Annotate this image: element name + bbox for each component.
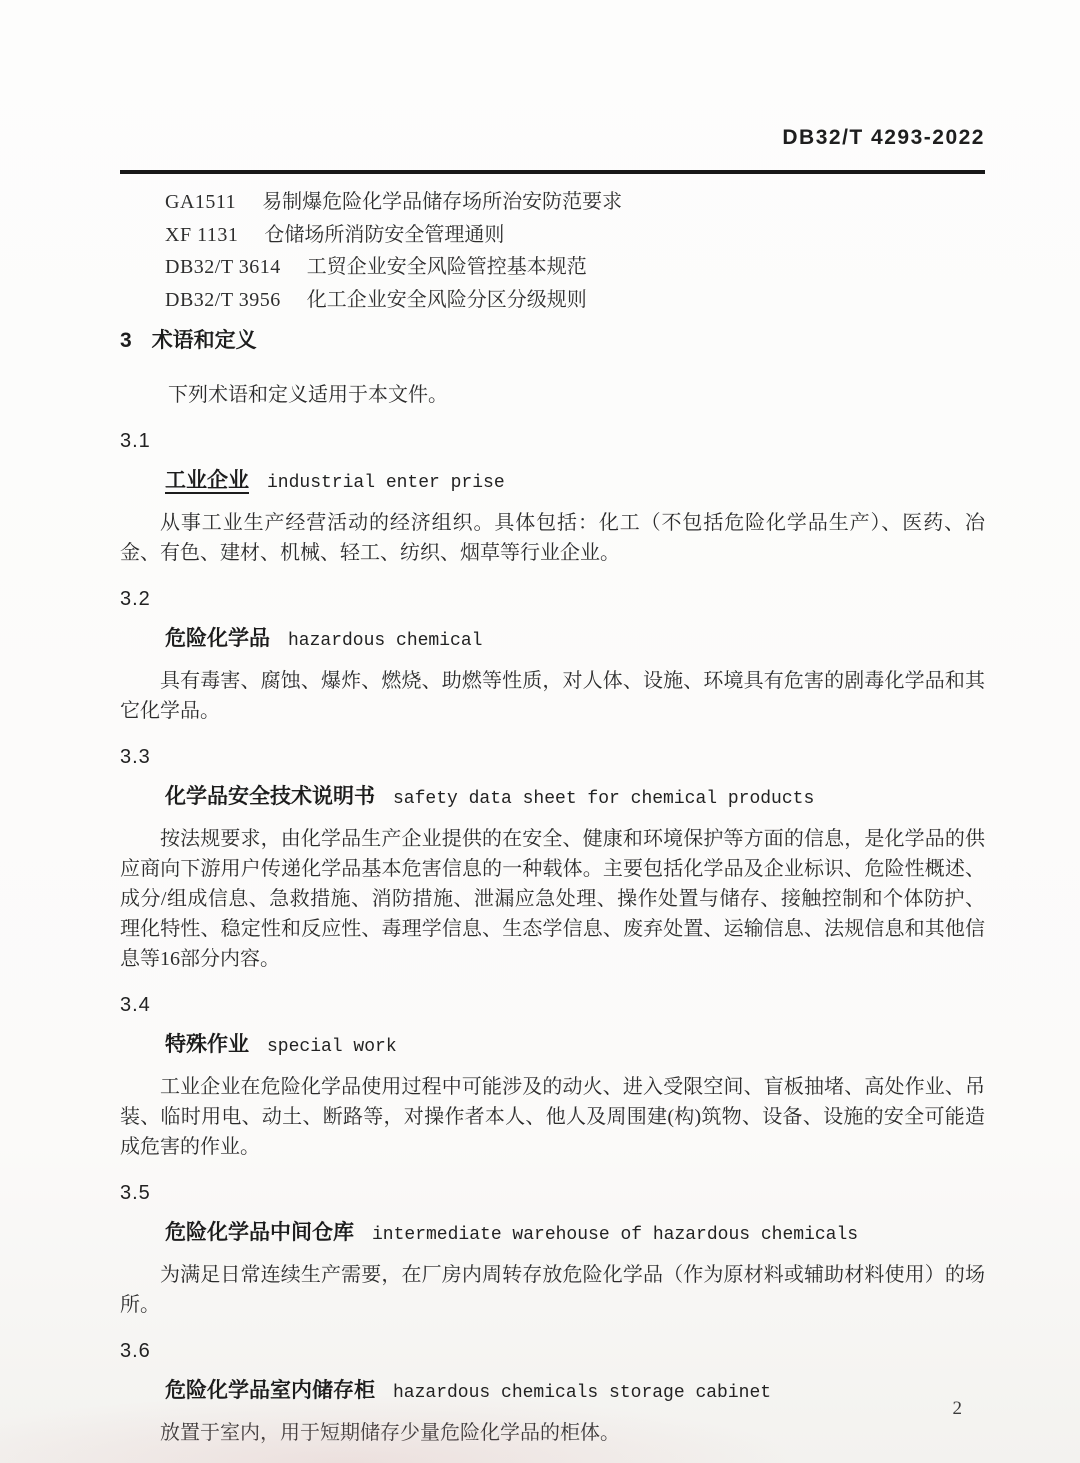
term-name-en: industrial enter prise xyxy=(267,473,505,493)
term-definition: 具有毒害、腐蚀、爆炸、燃烧、助燃等性质，对人体、设施、环境具有危害的剧毒化学品和… xyxy=(120,666,985,726)
section-heading: 3术语和定义 xyxy=(120,328,985,354)
term-number: 3.1 xyxy=(120,426,985,456)
term-title-line: 特殊作业special work xyxy=(120,1030,985,1062)
reference-title: 易制爆危险化学品储存场所治安防范要求 xyxy=(262,191,622,213)
reference-title: 工贸企业安全风险管控基本规范 xyxy=(307,256,587,278)
term-block: 3.3 化学品安全技术说明书safety data sheet for chem… xyxy=(120,742,985,974)
page-content: DB32/T 4293-2022 GA1511易制爆危险化学品储存场所治安防范要… xyxy=(0,126,1080,1448)
standard-code-header: DB32/T 4293-2022 xyxy=(120,126,985,150)
term-name-zh: 危险化学品室内储存柜 xyxy=(165,1379,375,1402)
term-block: 3.4 特殊作业special work 工业企业在危险化学品使用过程中可能涉及… xyxy=(120,990,985,1162)
term-block: 3.1 工业企业industrial enter prise 从事工业生产经营活… xyxy=(120,426,985,568)
term-number: 3.3 xyxy=(120,742,985,772)
reference-item: DB32/T 3956化工企业安全风险分区分级规则 xyxy=(165,284,985,317)
term-name-en: safety data sheet for chemical products xyxy=(393,789,814,809)
term-name-en: hazardous chemicals storage cabinet xyxy=(393,1383,771,1403)
reference-item: XF 1131仓储场所消防安全管理通则 xyxy=(165,219,985,252)
term-name-zh: 化学品安全技术说明书 xyxy=(165,785,375,808)
term-block: 3.5 危险化学品中间仓库intermediate warehouse of h… xyxy=(120,1178,985,1320)
term-definition: 为满足日常连续生产需要，在厂房内周转存放危险化学品（作为原材料或辅助材料使用）的… xyxy=(120,1260,985,1320)
term-block: 3.6 危险化学品室内储存柜hazardous chemicals storag… xyxy=(120,1336,985,1448)
reference-item: GA1511易制爆危险化学品储存场所治安防范要求 xyxy=(165,186,985,219)
term-title-line: 危险化学品hazardous chemical xyxy=(120,624,985,656)
term-block: 3.2 危险化学品hazardous chemical 具有毒害、腐蚀、爆炸、燃… xyxy=(120,584,985,726)
header-divider-rule xyxy=(120,170,985,174)
term-number: 3.2 xyxy=(120,584,985,614)
page-number: 2 xyxy=(953,1398,963,1420)
term-number: 3.5 xyxy=(120,1178,985,1208)
reference-code: XF 1131 xyxy=(165,219,238,252)
term-name-zh: 特殊作业 xyxy=(165,1033,249,1056)
term-number: 3.4 xyxy=(120,990,985,1020)
term-name-zh: 危险化学品 xyxy=(165,627,270,650)
reference-code: GA1511 xyxy=(165,186,236,219)
term-name-en: intermediate warehouse of hazardous chem… xyxy=(372,1225,858,1245)
term-title-line: 危险化学品中间仓库intermediate warehouse of hazar… xyxy=(120,1218,985,1250)
term-number: 3.6 xyxy=(120,1336,985,1366)
section-number: 3 xyxy=(120,329,132,352)
normative-references-list: GA1511易制爆危险化学品储存场所治安防范要求 XF 1131仓储场所消防安全… xyxy=(120,186,985,316)
term-name-zh: 危险化学品中间仓库 xyxy=(165,1221,354,1244)
term-name-zh: 工业企业 xyxy=(165,469,249,492)
section-title: 术语和定义 xyxy=(152,329,257,352)
reference-code: DB32/T 3614 xyxy=(165,251,281,284)
term-title-line: 危险化学品室内储存柜hazardous chemicals storage ca… xyxy=(120,1376,985,1408)
reference-code: DB32/T 3956 xyxy=(165,284,281,317)
section-intro: 下列术语和定义适用于本文件。 xyxy=(120,380,985,410)
term-name-en: special work xyxy=(267,1037,397,1057)
reference-item: DB32/T 3614工贸企业安全风险管控基本规范 xyxy=(165,251,985,284)
reference-title: 仓储场所消防安全管理通则 xyxy=(264,224,504,246)
term-definition: 从事工业生产经营活动的经济组织。具体包括：化工（不包括危险化学品生产）、医药、冶… xyxy=(120,508,985,568)
term-title-line: 化学品安全技术说明书safety data sheet for chemical… xyxy=(120,782,985,814)
document-page: DB32/T 4293-2022 GA1511易制爆危险化学品储存场所治安防范要… xyxy=(0,0,1080,1463)
reference-title: 化工企业安全风险分区分级规则 xyxy=(307,289,587,311)
term-definition: 放置于室内，用于短期储存少量危险化学品的柜体。 xyxy=(120,1418,985,1448)
term-name-en: hazardous chemical xyxy=(288,631,482,651)
term-title-line: 工业企业industrial enter prise xyxy=(120,466,985,498)
term-definition: 按法规要求，由化学品生产企业提供的在安全、健康和环境保护等方面的信息，是化学品的… xyxy=(120,824,985,974)
term-definition: 工业企业在危险化学品使用过程中可能涉及的动火、进入受限空间、盲板抽堵、高处作业、… xyxy=(120,1072,985,1162)
